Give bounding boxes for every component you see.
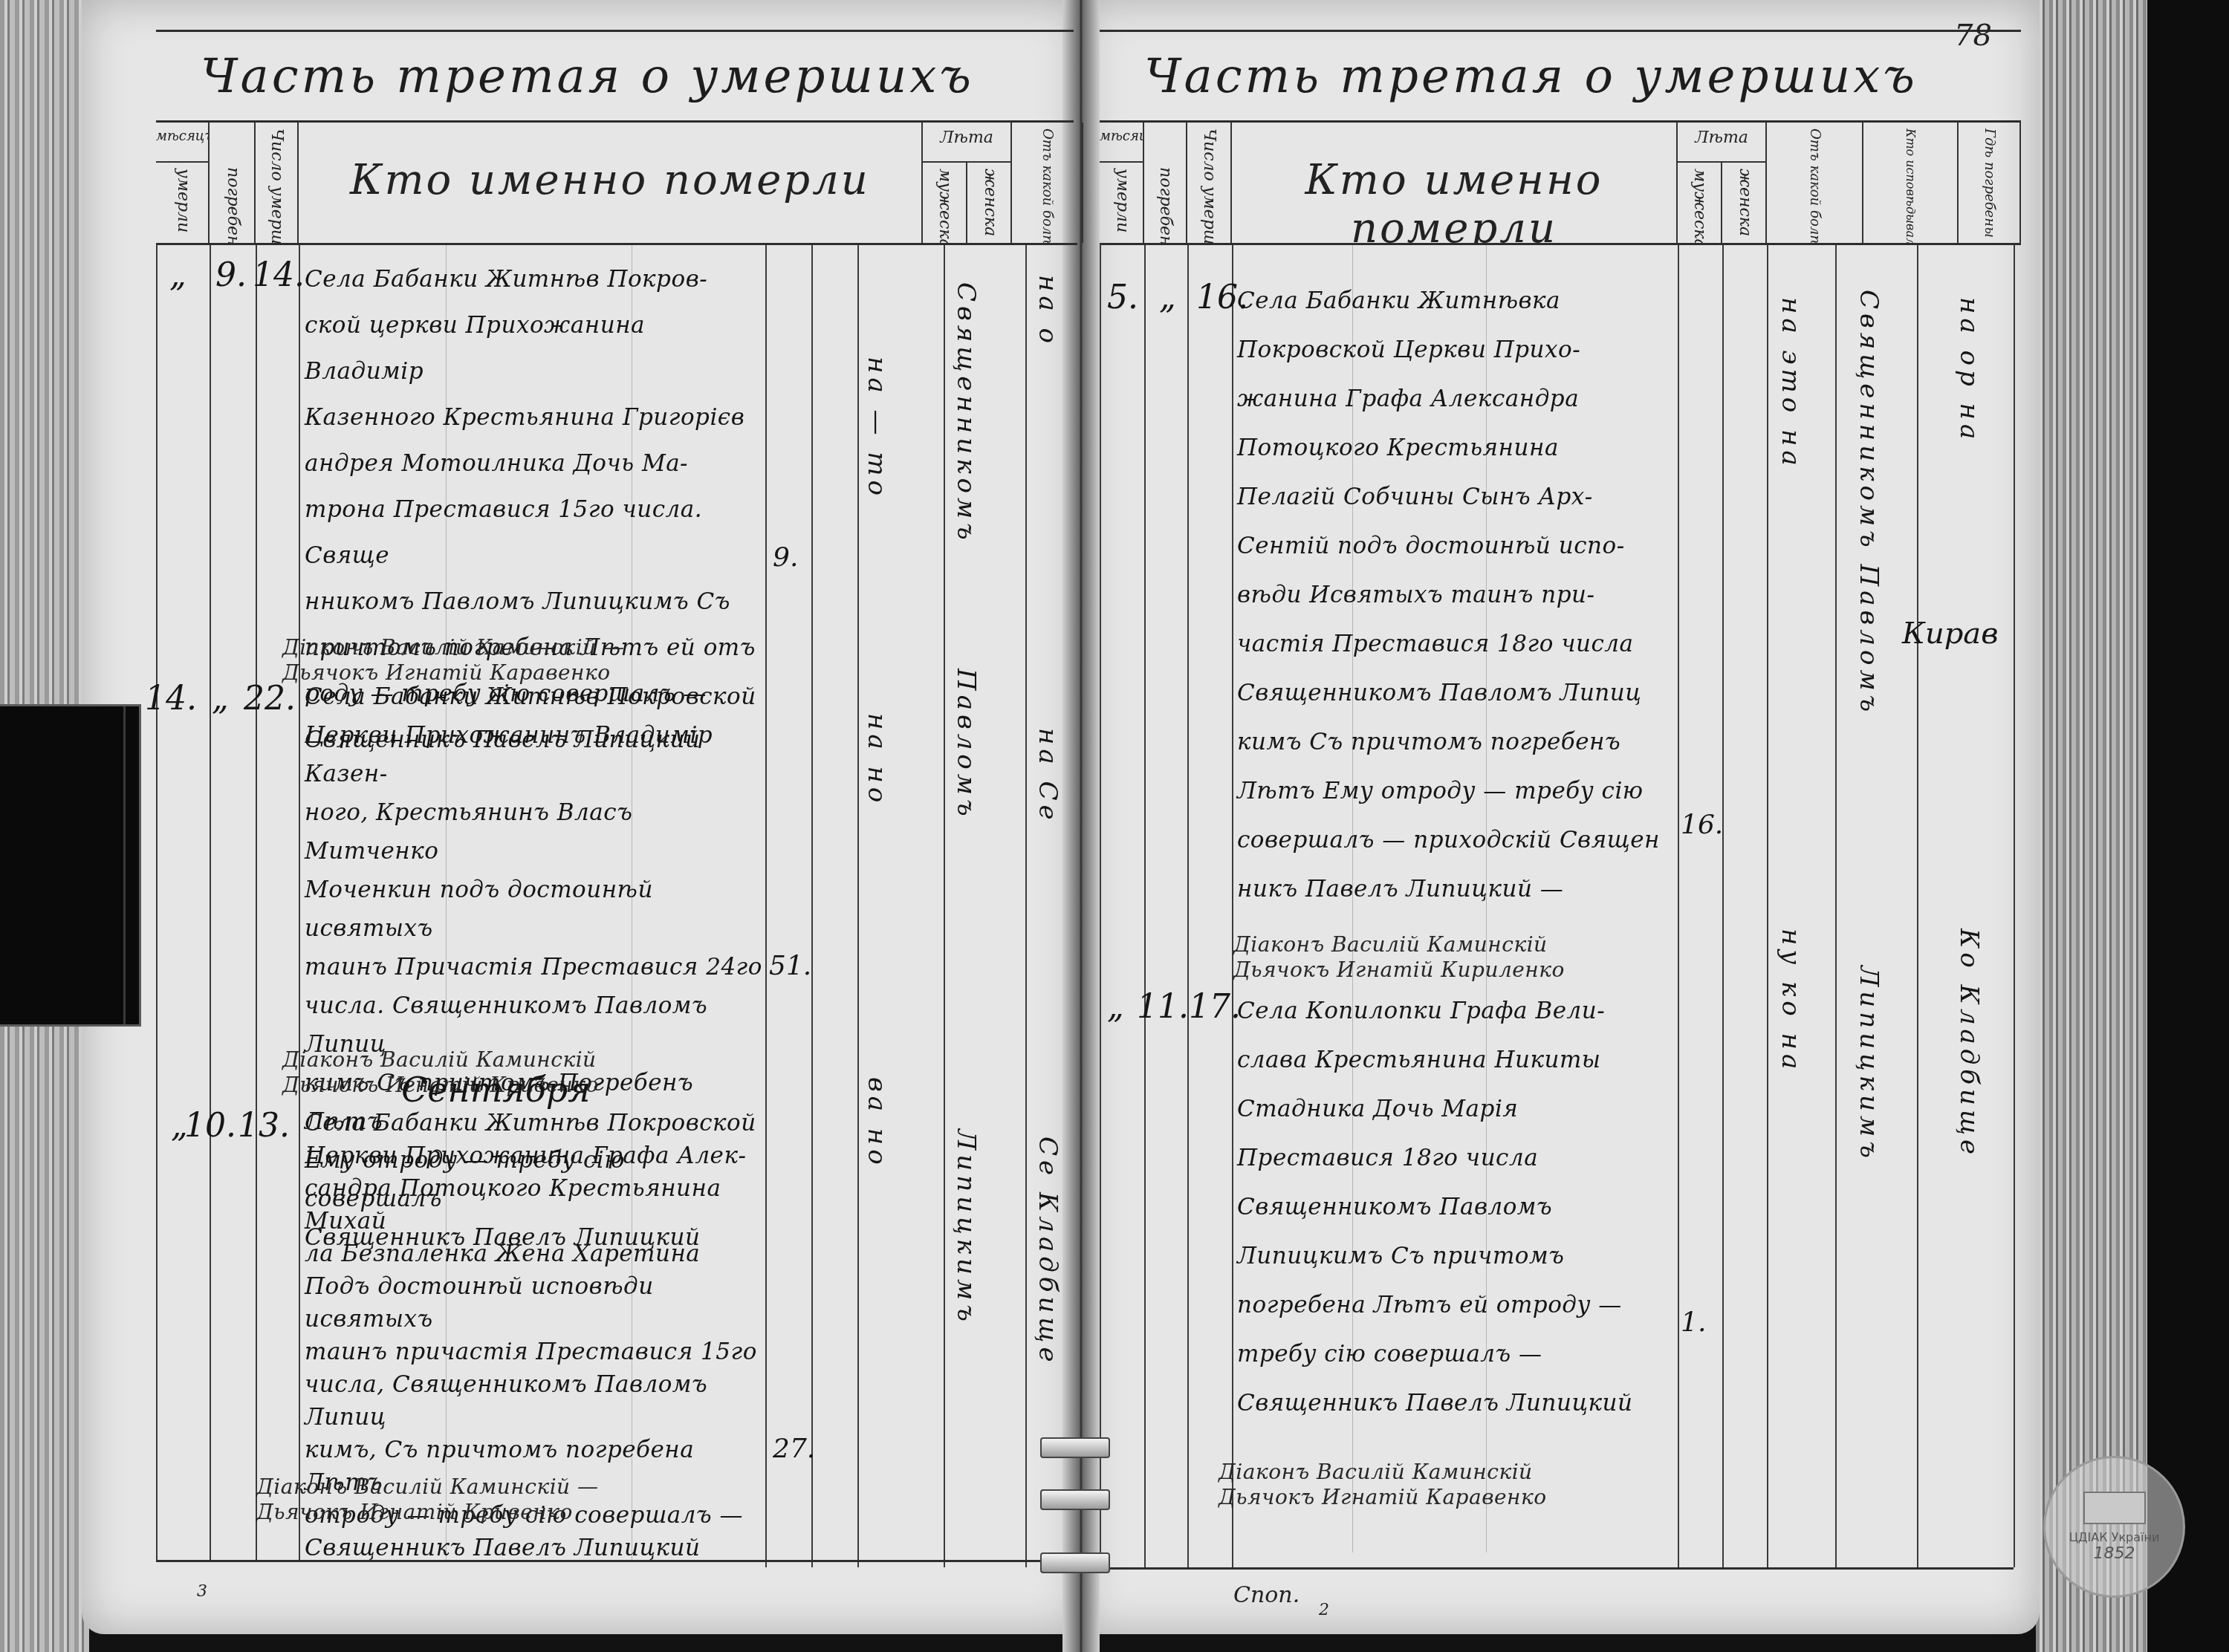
right-rule-8 [1917,245,1918,1567]
entry-burial-day: 13. [238,1107,290,1145]
header-cause: Отъ какой болѣзни [1040,129,1054,243]
page-leaves [2036,0,2147,1652]
header-number: Число умершихъ [1201,129,1217,243]
header-age-female: женска [1736,169,1753,236]
left-footer-mark: 3 [197,1582,207,1601]
entry-priest: Священникомъ Павломъ [1854,290,1884,716]
subcol-age-male: мужеска [923,161,967,243]
right-col-priest: Кто исповѣдывалъ и пріобщалъ [1863,123,1959,243]
right-header-row: мѣсяцъ умерли погребены Число умершихъ К… [1100,123,2021,245]
entry-month: 14. [145,680,197,718]
entry-text: Села Копилопки Графа Вели- слава Крестья… [1237,986,1675,1428]
entry-priest: Священникомъ [951,282,981,544]
left-rule-6 [857,245,859,1567]
left-title-text: Часть третая о умершихъ [201,49,974,104]
header-priest: Кто исповѣдывалъ и пріобщалъ [1904,129,1916,243]
right-col-cause: Отъ какой болѣзни [1767,123,1863,243]
subcol-age-female: женска [967,161,1012,243]
header-buried: погребены [224,167,241,243]
binding-clip [1040,1437,1110,1458]
right-page-title: Часть третая о умершихъ [1100,30,2021,123]
right-rule-0 [1100,245,1101,1567]
entry-month: „ [169,256,186,294]
header-month: мѣсяцъ [1100,129,1143,144]
subcol-buried: погребены [210,123,256,243]
entry-death-day: 11. [1137,988,1189,1026]
right-rule-7 [1835,245,1837,1567]
entry-cause: ну ко на [1776,929,1805,1073]
right-col-main: Кто именно померли [1232,123,1678,243]
left-rule-4 [765,245,767,1567]
left-rule-1 [210,245,211,1560]
header-cemetery: Гдѣ погребены [1982,129,1996,238]
book-edge-right [2036,0,2229,1652]
entry-age: 27. [773,1434,815,1464]
right-footer-signature: Діаконъ Василій Каминскій Дьячокъ Игнаті… [1219,1460,1679,1510]
entry-age: 51. [769,951,811,981]
entry-cause: на — то [862,357,892,500]
right-rule-6 [1767,245,1768,1567]
entry-death-day: „ [212,680,229,718]
month-label: Сентября [401,1070,591,1110]
book-icon [2083,1492,2146,1524]
right-rule-1 [1144,245,1146,1567]
book-clasp [0,704,141,1027]
left-rule-2 [256,245,257,1560]
left-col-main: Кто именно померли [299,123,923,243]
left-col-month-sub: умерли [156,123,210,243]
entry-burial-by: Ко Кладбище [1954,929,1984,1159]
subcol-died: умерли [1100,161,1144,243]
header-died: умерли [175,169,191,232]
page-number: 78 [1954,19,1992,53]
left-col-age: Лѣта мужеска женска [923,123,1012,243]
left-col-number: Число умершихъ [256,123,299,243]
header-age-male: мужеска [936,169,953,243]
entry-burial-by: на Се [1033,728,1062,825]
entry-priest: Липицкимъ [951,1129,981,1326]
header-age: Лѣта [1678,129,1765,147]
entry-burial-day: 22. [244,680,296,718]
right-rule-4 [1678,245,1679,1567]
right-footer-note: Споп. [1233,1582,1300,1608]
entry-month: „ [1107,988,1124,1026]
left-rule-5 [811,245,813,1567]
right-col-burial: погребены [1144,123,1187,243]
right-col-number: Число умершихъ [1187,123,1232,243]
marginal-note: Кирав [1902,617,1998,651]
entry-age: 1. [1681,1307,1706,1338]
right-rule-3 [1232,245,1233,1567]
left-rule-0 [156,245,158,1560]
right-col-cemetery: Гдѣ погребены [1959,123,2021,243]
right-rule-2 [1187,245,1189,1567]
subcol-age-male: мужеска [1678,161,1722,243]
entry-priest: Липицкимъ [1854,966,1884,1162]
header-number: Число умершихъ [268,129,285,243]
left-rule-8 [1025,245,1027,1567]
entry-death-day: 10. [184,1107,236,1145]
header-main: Кто именно померли [1232,156,1676,243]
entry-priest: Павломъ [951,669,981,821]
left-col-burial: погребены [210,123,256,243]
entry-preface: Діаконъ Василій Каминскій Дьячокъ Игнаті… [1233,932,1679,983]
binding-clip [1040,1552,1110,1573]
entry-month: 5. [1107,279,1138,316]
right-rule-9 [2014,245,2015,1567]
right-title-text: Часть третая о умершихъ [1144,49,1918,104]
left-rule-7 [944,245,945,1567]
header-age-female: женска [982,169,998,236]
right-footer-mark: 2 [1319,1601,1329,1619]
entry-burial-by: Се Кладбище [1033,1136,1062,1367]
entry-death-day: 9. [215,256,247,294]
right-bottom-line [1100,1567,2014,1570]
entry-cause: ва но [862,1077,892,1169]
stamp-text: ЦДІАК України [2069,1530,2160,1544]
header-age-male: мужеска [1691,169,1707,243]
entry-cause: на это на [1776,297,1805,470]
left-col-cause: Отъ какой болѣзни [1012,123,1083,243]
header-age: Лѣта [923,129,1010,147]
entry-text: Села Бабанки Житнѣвка Покровской Церкви … [1237,276,1675,914]
header-main: Кто именно померли [299,156,921,204]
right-col-month: мѣсяцъ умерли [1100,123,1144,243]
header-buried: погребены [1157,167,1173,243]
left-header-row: мѣсяцъ умерли погребены Число умершихъ К… [156,123,1077,245]
entry-burial-day: 14. [253,256,305,294]
right-col-age: Лѣта мужеска женска [1678,123,1767,243]
subcol-died: умерли [156,161,210,243]
entry-cause: на но [862,713,892,807]
entry-death-day: „ [1159,279,1176,316]
subcol-age-female: женска [1722,161,1767,243]
binding-clip [1040,1489,1110,1510]
left-footer-signature: Діаконъ Василій Каминскій — Дьячокъ Игна… [256,1474,762,1525]
stamp-year: 1852 [2094,1544,2135,1563]
left-rule-3 [299,245,300,1560]
header-cause: Отъ какой болѣзни [1808,129,1821,243]
entry-age: 16. [1681,810,1723,840]
entry-burial-by: на ор на [1954,297,1984,443]
entry-burial-by: на о [1033,275,1062,348]
header-died: умерли [1114,169,1130,232]
entry-age: 9. [773,542,798,573]
book-gutter [1062,0,1100,1652]
entry-burial-day: 17. [1189,988,1241,1026]
right-rule-5 [1722,245,1724,1567]
archive-stamp: ЦДІАК України 1852 [2043,1456,2185,1598]
left-page-title: Часть третая о умершихъ [156,30,1074,123]
